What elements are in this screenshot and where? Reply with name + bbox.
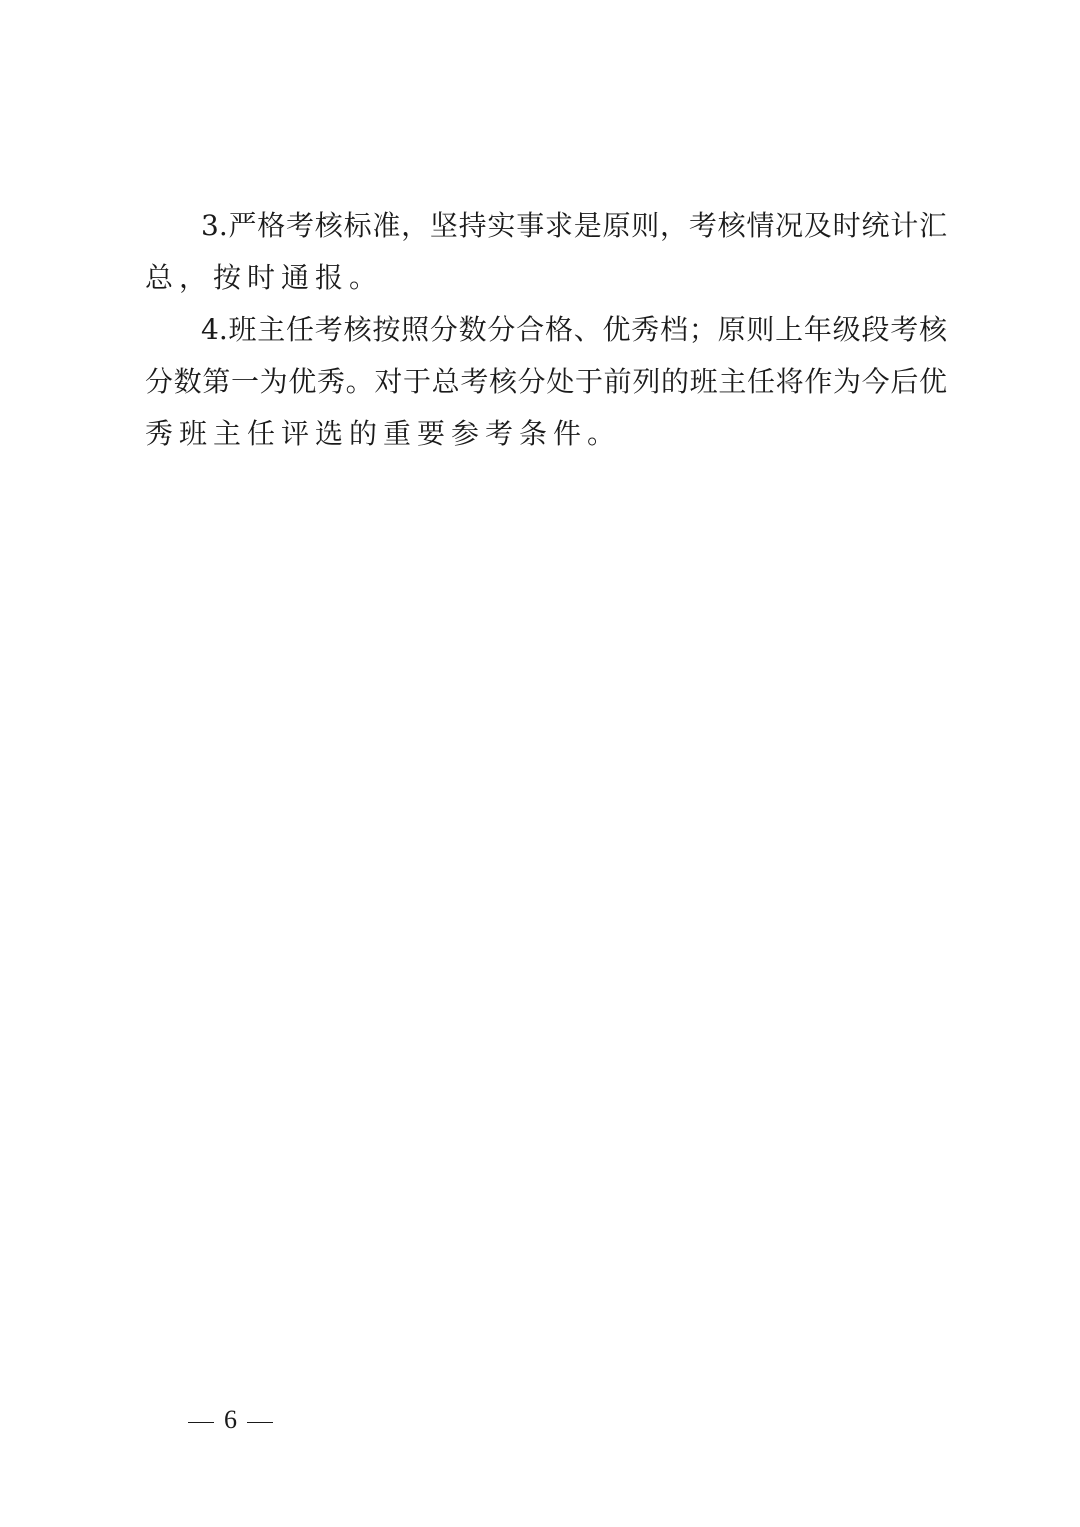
paragraph-line: 3.严格考核标准，坚持实事求是原则，考核情况及时统计汇 [145,200,947,252]
document-page: 3.严格考核标准，坚持实事求是原则，考核情况及时统计汇 总，按时通报。 4.班主… [0,0,1080,1527]
paragraph-4: 4.班主任考核按照分数分合格、优秀档；原则上年级段考核 分数第一为优秀。对于总考… [145,304,947,460]
paragraph-3: 3.严格考核标准，坚持实事求是原则，考核情况及时统计汇 总，按时通报。 [145,200,947,304]
page-number-footer: 6 [178,1402,283,1438]
dash-right-decoration [247,1422,273,1423]
page-number: 6 [224,1405,237,1434]
paragraph-line: 4.班主任考核按照分数分合格、优秀档；原则上年级段考核 [145,304,947,356]
paragraph-line: 秀班主任评选的重要参考条件。 [145,408,947,460]
paragraph-line: 总，按时通报。 [145,252,947,304]
document-body: 3.严格考核标准，坚持实事求是原则，考核情况及时统计汇 总，按时通报。 4.班主… [145,200,947,460]
dash-left-decoration [188,1422,214,1423]
paragraph-line: 分数第一为优秀。对于总考核分处于前列的班主任将作为今后优 [145,356,947,408]
